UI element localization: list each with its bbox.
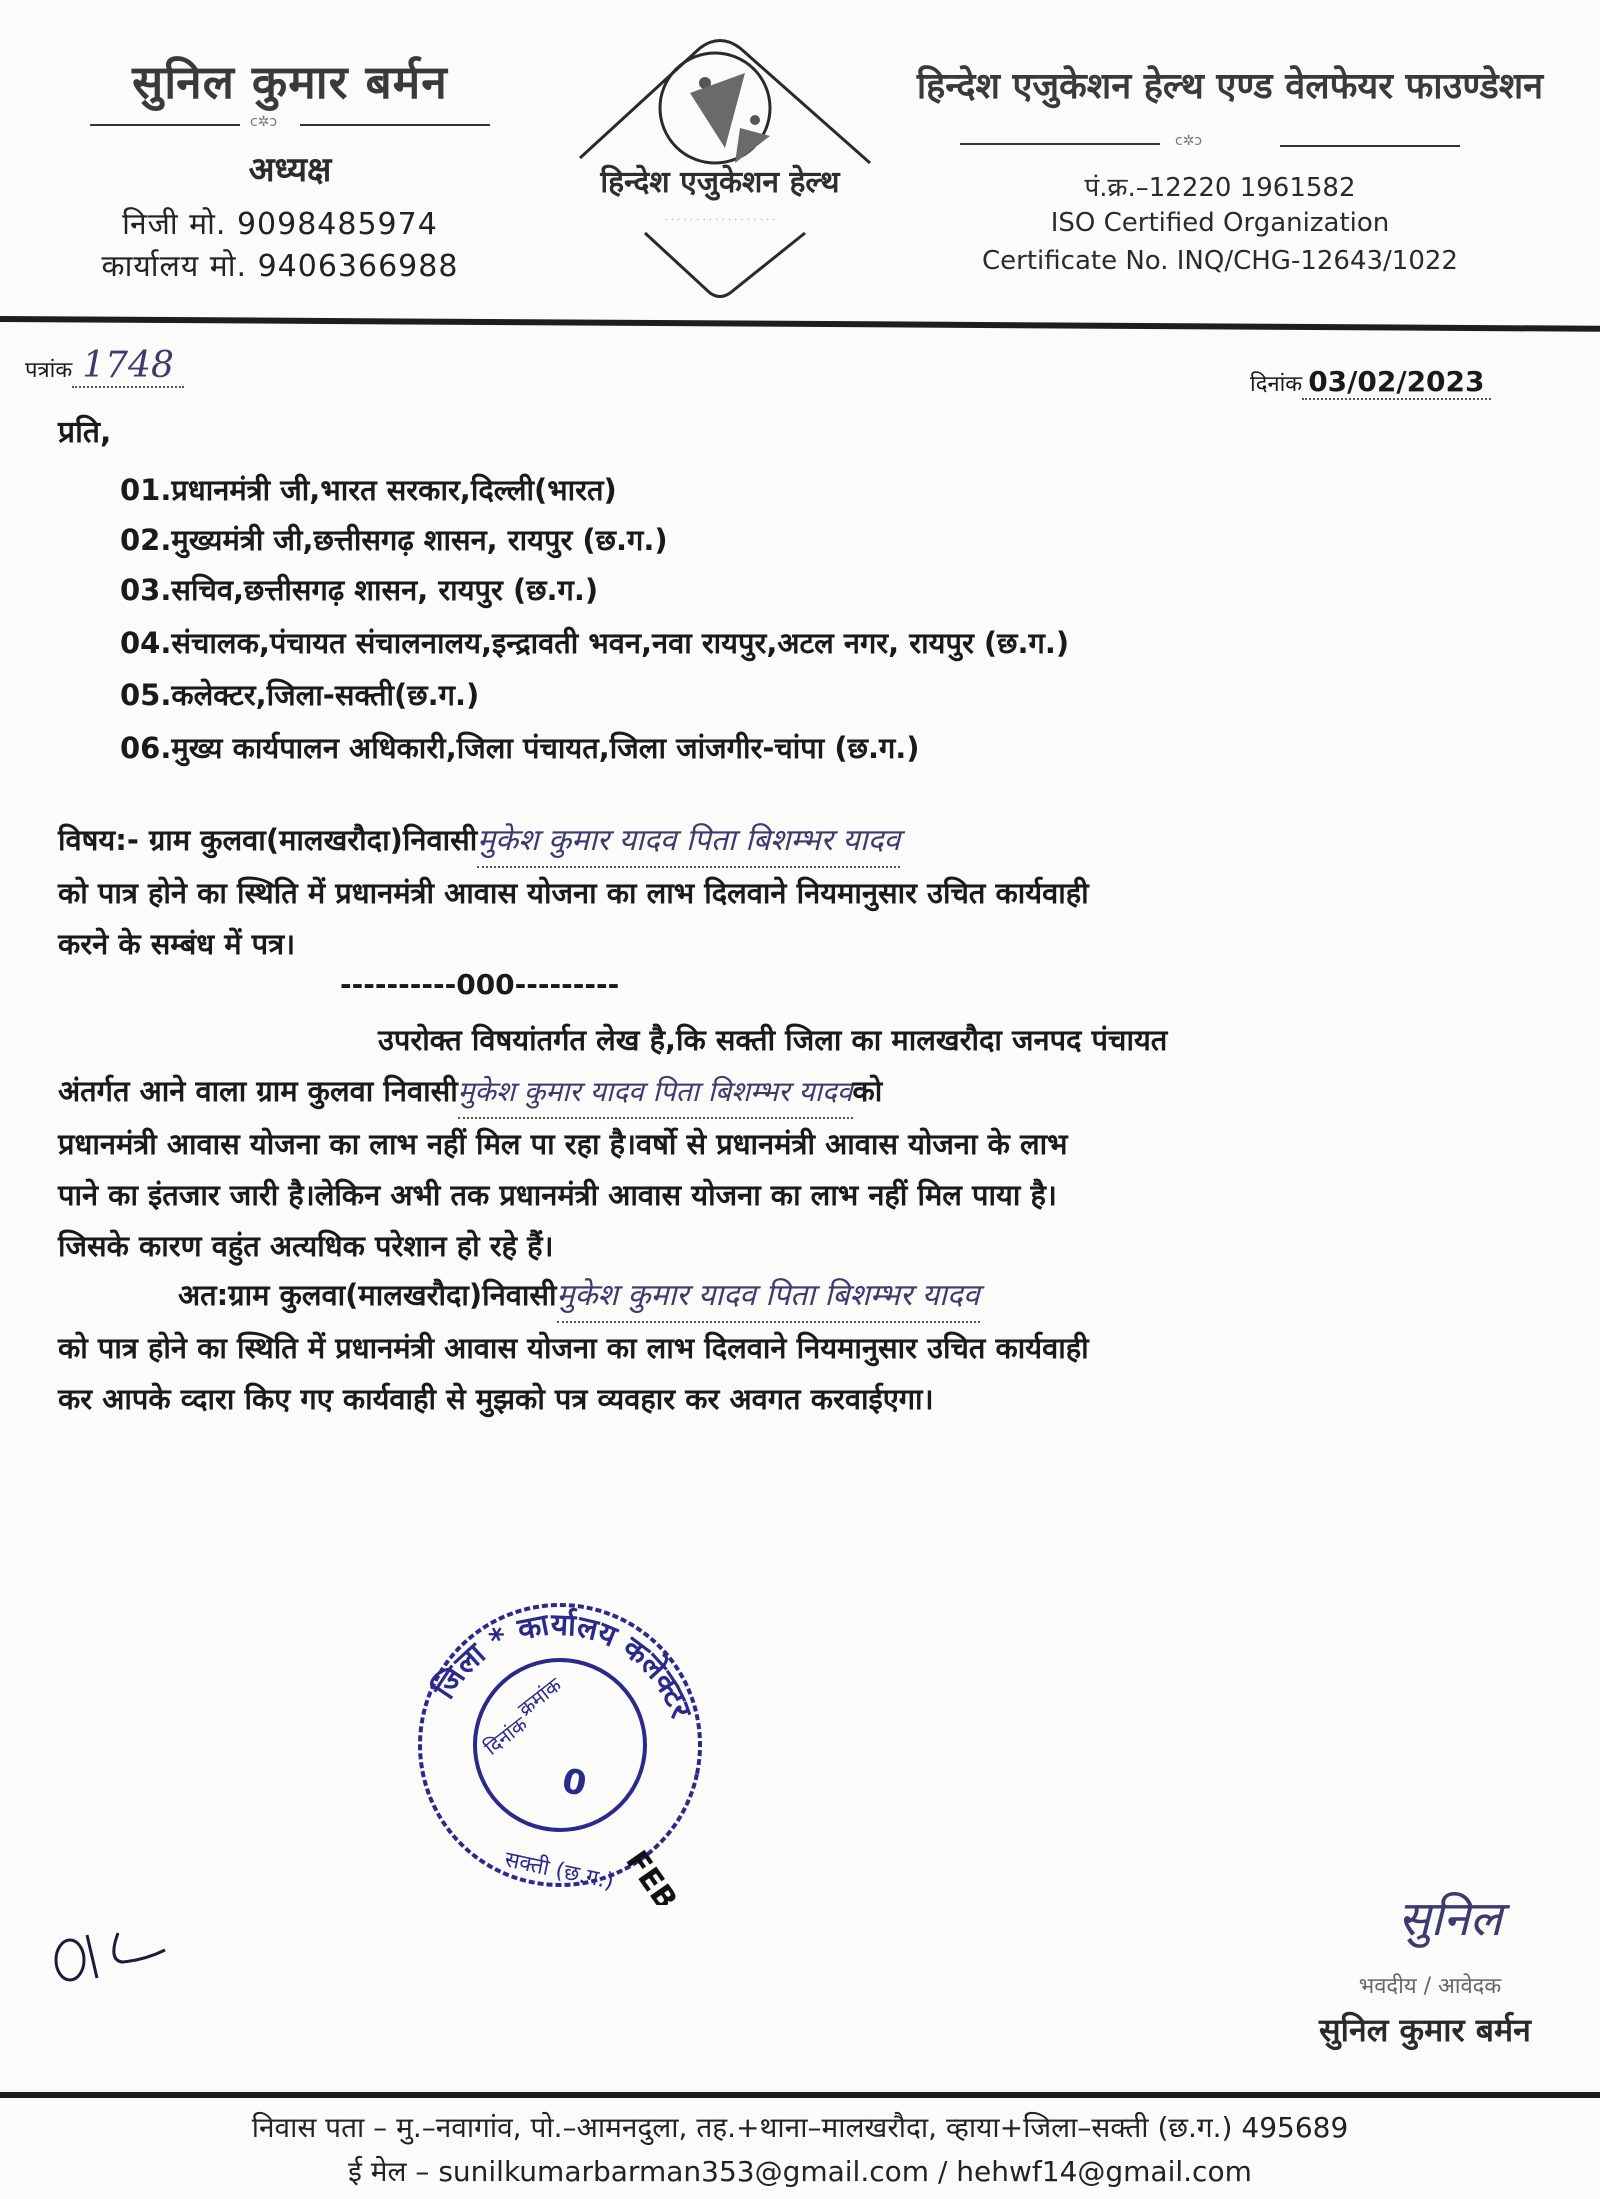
svg-text:दिनांक: दिनांक <box>480 1711 533 1760</box>
recipient-item: 04.संचालक,पंचायत संचालनालय,इन्द्रावती भव… <box>120 623 1069 662</box>
svg-text:FEB 2023: FEB 2023 <box>618 1845 720 1905</box>
body-text: को <box>853 1074 883 1108</box>
certificate-number: Certificate No. INQ/CHG-12643/1022 <box>900 246 1540 276</box>
svg-text:जिला * कार्यालय कलेक्टर: जिला * कार्यालय कलेक्टर <box>423 1585 715 1756</box>
reference-label: पत्रांक <box>25 358 72 383</box>
svg-text:· · · · · · · · · · · · · · ·: · · · · · · · · · · · · · · · · · · <box>664 215 775 226</box>
footer-email: ई मेल – sunilkumarbarman353@gmail.com / … <box>0 2152 1600 2190</box>
recipient-item: 06.मुख्य कार्यपालन अधिकारी,जिला पंचायत,ज… <box>120 728 920 767</box>
ornament-divider <box>90 124 240 126</box>
svg-text:सक्ती (छ.ग.): सक्ती (छ.ग.) <box>502 1846 616 1894</box>
handwritten-signature: सुनिल <box>1330 1885 1570 1965</box>
ornament-divider <box>1280 145 1460 147</box>
logo-text: हिन्देश एजुकेशन हेल्थ <box>510 160 930 201</box>
handwritten-beneficiary: मुकेश कुमार यादव पिता बिशम्भर यादव <box>557 1270 980 1323</box>
recipient-item: 05.कलेक्टर,जिला-सक्ती(छ.ग.) <box>120 675 479 714</box>
salutation: प्रति, <box>58 410 111 451</box>
signature-role: भवदीय / आवेदक <box>1290 1970 1570 2000</box>
organization-name: हिन्देश एजुकेशन हेल्थ एण्ड वेलफेयर फाउण्… <box>880 60 1580 109</box>
recipient-item: 03.सचिव,छत्तीसगढ़ शासन, रायपुर (छ.ग.) <box>120 570 598 609</box>
signatory-name: सुनिल कुमार बर्मन <box>1270 2008 1580 2051</box>
ornament-divider <box>960 143 1160 145</box>
subject-block: विषय:- ग्राम कुलवा(मालखरौदा)निवासीमुकेश … <box>58 815 1558 970</box>
subject-line: को पात्र होने का स्थिति में प्रधानमंत्री… <box>58 868 1558 919</box>
date-value: 03/02/2023 <box>1308 365 1484 398</box>
personal-phone: निजी मो. 9098485974 <box>40 202 520 243</box>
registration-number: पं.क्र.–12220 1961582 <box>900 168 1540 204</box>
svg-text:0: 0 <box>559 1761 590 1805</box>
collector-office-stamp-icon: जिला * कार्यालय कलेक्टर क्रमांक दिनांक 0… <box>400 1585 720 1905</box>
subject-prefix: विषय:- ग्राम कुलवा(मालखरौदा)निवासी <box>58 823 477 857</box>
reference-number: पत्रांक1748 <box>25 345 184 388</box>
subject-line: करने के सम्बंध में पत्र। <box>58 919 1558 970</box>
body-line: पाने का इंतजार जारी है।लेकिन अभी तक प्रध… <box>58 1170 1558 1221</box>
oc-annotation-icon <box>50 1920 180 1990</box>
ornament-glyph: c✲ↄ <box>250 114 277 130</box>
section-separator: ----------000--------- <box>340 968 619 1001</box>
body-paragraph-2: अत:ग्राम कुलवा(मालखरौदा)निवासीमुकेश कुमा… <box>58 1270 1558 1425</box>
letter-date: दिनांक03/02/2023 <box>1250 365 1491 400</box>
svg-text:क्रमांक: क्रमांक <box>513 1672 566 1721</box>
handwritten-beneficiary: मुकेश कुमार यादव पिता बिशम्भर यादव <box>477 815 900 868</box>
footer-rule <box>0 2092 1600 2098</box>
body-line: को पात्र होने का स्थिति में प्रधानमंत्री… <box>58 1323 1558 1374</box>
footer-address: निवास पता – मु.–नवागांव, पो.–आमनदुला, तह… <box>0 2108 1600 2146</box>
body-line: कर आपके व्दारा किए गए कार्यवाही से मुझको… <box>58 1374 1558 1425</box>
body-text: अंतर्गत आने वाला ग्राम कुलवा निवासी <box>58 1074 458 1108</box>
office-phone: कार्यालय मो. 9406366988 <box>40 244 520 285</box>
letterhead-role: अध्यक्ष <box>90 145 490 191</box>
ornament-glyph: c✲ↄ <box>1175 133 1202 149</box>
recipient-item: 02.मुख्यमंत्री जी,छत्तीसगढ़ शासन, रायपुर… <box>120 520 668 559</box>
body-line: प्रधानमंत्री आवास योजना का लाभ नहीं मिल … <box>58 1119 1558 1170</box>
reference-value: 1748 <box>72 345 184 388</box>
ornament-divider <box>300 124 490 126</box>
date-label: दिनांक <box>1250 372 1302 397</box>
handwritten-beneficiary: मुकेश कुमार यादव पिता बिशम्भर यादव <box>458 1066 853 1119</box>
header-rule <box>0 316 1600 332</box>
body-line: उपरोक्त विषयांतर्गत लेख है,कि सक्ती जिला… <box>58 1015 1558 1066</box>
iso-certification: ISO Certified Organization <box>900 208 1540 238</box>
recipient-item: 01.प्रधानमंत्री जी,भारत सरकार,दिल्ली(भार… <box>120 470 617 509</box>
letterhead-name: सुनिल कुमार बर्मन <box>90 50 490 112</box>
body-line: जिसके कारण वहुंत अत्यधिक परेशान हो रहे ह… <box>58 1221 1558 1272</box>
body-text: अत:ग्राम कुलवा(मालखरौदा)निवासी <box>178 1278 557 1312</box>
body-paragraph-1: उपरोक्त विषयांतर्गत लेख है,कि सक्ती जिला… <box>58 1015 1558 1272</box>
